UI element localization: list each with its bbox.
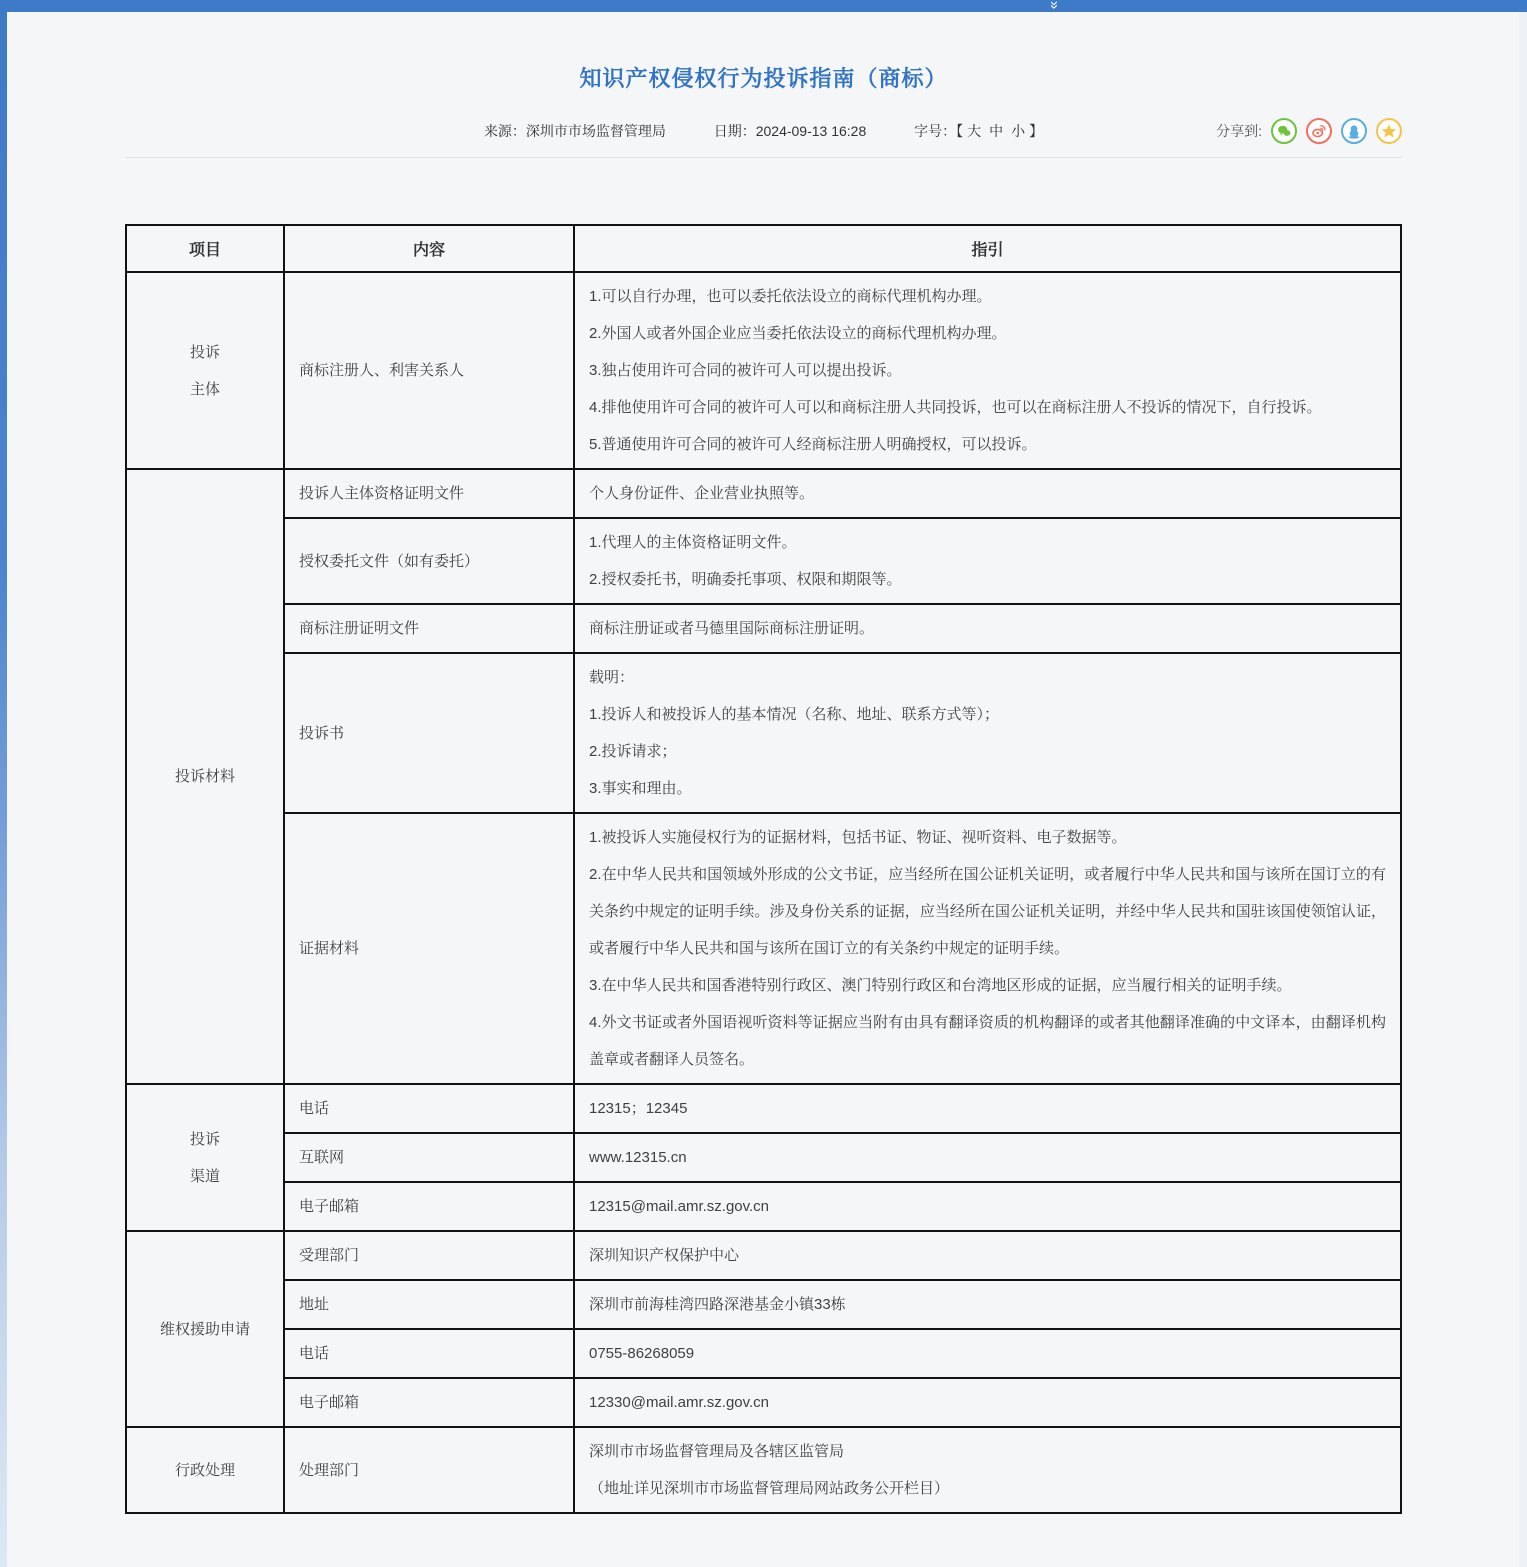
item-label: 维权援助申请 <box>133 1311 277 1348</box>
meta-bar: 来源：深圳市市场监督管理局 日期：2024-09-13 16:28 字号：【大中… <box>125 117 1402 145</box>
guide-cell: 12315；12345 <box>574 1084 1401 1133</box>
content-cell: 商标注册人、利害关系人 <box>284 272 574 469</box>
item-label: 投诉 <box>133 1121 277 1158</box>
guide-cell: 深圳市前海桂湾四路深港基金小镇33栋 <box>574 1280 1401 1329</box>
guide-cell: 深圳市市场监督管理局及各辖区监管局 （地址详见深圳市市场监督管理局网站政务公开栏… <box>574 1427 1401 1513</box>
left-edge-gradient <box>0 12 7 1567</box>
guide-line: 2.授权委托书，明确委托事项、权限和期限等。 <box>589 561 1386 598</box>
page-title: 知识产权侵权行为投诉指南（商标） <box>125 12 1402 93</box>
content-cell: 处理部门 <box>284 1427 574 1513</box>
qq-share-icon[interactable] <box>1341 118 1367 144</box>
guide-cell: 1.代理人的主体资格证明文件。 2.授权委托书，明确委托事项、权限和期限等。 <box>574 518 1401 604</box>
meta-fontsize: 字号：【大中小】 <box>914 123 1043 139</box>
content-cell: 受理部门 <box>284 1231 574 1280</box>
guide-line: 1.可以自行办理，也可以委托依法设立的商标代理机构办理。 <box>589 278 1386 315</box>
item-cell: 投诉材料 <box>126 469 284 1084</box>
qzone-share-icon[interactable] <box>1376 118 1402 144</box>
content-cell: 电话 <box>284 1084 574 1133</box>
item-cell: 维权援助申请 <box>126 1231 284 1427</box>
content-cell: 投诉书 <box>284 653 574 813</box>
complaint-guide-table: 项目 内容 指引 投诉 主体 商标注册人、利害关系人 1.可以自行办理，也可以委… <box>125 224 1402 1514</box>
guide-line: 12315@mail.amr.sz.gov.cn <box>589 1188 1386 1225</box>
item-label: 投诉 <box>133 334 277 371</box>
guide-line: （地址详见深圳市市场监督管理局网站政务公开栏目） <box>589 1470 1386 1507</box>
guide-line: 12315；12345 <box>589 1090 1386 1127</box>
table-row: 电话 0755-86268059 <box>126 1329 1401 1378</box>
item-cell: 投诉 主体 <box>126 272 284 469</box>
item-cell: 投诉 渠道 <box>126 1084 284 1231</box>
guide-line: 1.代理人的主体资格证明文件。 <box>589 524 1386 561</box>
content-cell: 电子邮箱 <box>284 1182 574 1231</box>
bracket-open: 【 <box>956 123 963 139</box>
guide-line: 3.事实和理由。 <box>589 770 1386 807</box>
guide-line: 4.排他使用许可合同的被许可人可以和商标注册人共同投诉，也可以在商标注册人不投诉… <box>589 389 1386 426</box>
guide-line: 3.独占使用许可合同的被许可人可以提出投诉。 <box>589 352 1386 389</box>
guide-line: 4.外文书证或者外国语视听资料等证据应当附有由具有翻译资质的机构翻译的或者其他翻… <box>589 1004 1386 1078</box>
guide-line: 12330@mail.amr.sz.gov.cn <box>589 1384 1386 1421</box>
guide-line: 个人身份证件、企业营业执照等。 <box>589 475 1386 512</box>
guide-line: 载明： <box>589 659 1386 696</box>
guide-line: 深圳市前海桂湾四路深港基金小镇33栋 <box>589 1286 1386 1323</box>
guide-line: 2.在中华人民共和国领域外形成的公文书证，应当经所在国公证机关证明，或者履行中华… <box>589 856 1386 967</box>
table-row: 投诉书 载明： 1.投诉人和被投诉人的基本情况（名称、地址、联系方式等）； 2.… <box>126 653 1401 813</box>
right-edge-strip <box>1519 12 1527 1567</box>
content-cell: 地址 <box>284 1280 574 1329</box>
guide-cell: 载明： 1.投诉人和被投诉人的基本情况（名称、地址、联系方式等）； 2.投诉请求… <box>574 653 1401 813</box>
col-header-content: 内容 <box>284 225 574 272</box>
guide-line: 2.外国人或者外国企业应当委托依法设立的商标代理机构办理。 <box>589 315 1386 352</box>
meta-divider <box>125 157 1402 158</box>
bracket-close: 】 <box>1029 123 1043 139</box>
fontsize-label: 字号： <box>914 123 956 139</box>
guide-cell: 商标注册证或者马德里国际商标注册证明。 <box>574 604 1401 653</box>
date-label: 日期： <box>714 123 756 139</box>
item-label: 渠道 <box>133 1158 277 1195</box>
item-label: 主体 <box>133 371 277 408</box>
content-cell: 商标注册证明文件 <box>284 604 574 653</box>
top-chevron-marker: » <box>1048 1 1060 9</box>
item-cell: 行政处理 <box>126 1427 284 1513</box>
table-row: 商标注册证明文件 商标注册证或者马德里国际商标注册证明。 <box>126 604 1401 653</box>
col-header-guide: 指引 <box>574 225 1401 272</box>
table-row: 互联网 www.12315.cn <box>126 1133 1401 1182</box>
content-cell: 投诉人主体资格证明文件 <box>284 469 574 518</box>
guide-line: 深圳知识产权保护中心 <box>589 1237 1386 1274</box>
guide-line: 深圳市市场监督管理局及各辖区监管局 <box>589 1433 1386 1470</box>
table-row: 行政处理 处理部门 深圳市市场监督管理局及各辖区监管局 （地址详见深圳市市场监督… <box>126 1427 1401 1513</box>
table-row: 电子邮箱 12315@mail.amr.sz.gov.cn <box>126 1182 1401 1231</box>
guide-line: 5.普通使用许可合同的被许可人经商标注册人明确授权，可以投诉。 <box>589 426 1386 463</box>
guide-cell: 12315@mail.amr.sz.gov.cn <box>574 1182 1401 1231</box>
guide-cell: 个人身份证件、企业营业执照等。 <box>574 469 1401 518</box>
share-bar: 分享到: <box>1216 117 1402 145</box>
content-cell: 互联网 <box>284 1133 574 1182</box>
article-content: 知识产权侵权行为投诉指南（商标） 来源：深圳市市场监督管理局 日期：2024-0… <box>125 12 1402 1514</box>
guide-line: 1.投诉人和被投诉人的基本情况（名称、地址、联系方式等）； <box>589 696 1386 733</box>
table-row: 授权委托文件（如有委托） 1.代理人的主体资格证明文件。 2.授权委托书，明确委… <box>126 518 1401 604</box>
content-cell: 授权委托文件（如有委托） <box>284 518 574 604</box>
date-value: 2024-09-13 16:28 <box>756 123 867 139</box>
top-accent-bar: » <box>0 0 1527 12</box>
content-cell: 电子邮箱 <box>284 1378 574 1427</box>
source-label: 来源： <box>484 123 526 139</box>
guide-cell: 深圳知识产权保护中心 <box>574 1231 1401 1280</box>
col-header-item: 项目 <box>126 225 284 272</box>
content-cell: 电话 <box>284 1329 574 1378</box>
guide-cell: 0755-86268059 <box>574 1329 1401 1378</box>
weibo-share-icon[interactable] <box>1306 118 1332 144</box>
guide-line: 1.被投诉人实施侵权行为的证据材料，包括书证、物证、视听资料、电子数据等。 <box>589 819 1386 856</box>
font-size-small-button[interactable]: 小 <box>1011 123 1025 139</box>
guide-line: 2.投诉请求； <box>589 733 1386 770</box>
guide-cell: 1.可以自行办理，也可以委托依法设立的商标代理机构办理。 2.外国人或者外国企业… <box>574 272 1401 469</box>
table-row: 投诉 主体 商标注册人、利害关系人 1.可以自行办理，也可以委托依法设立的商标代… <box>126 272 1401 469</box>
guide-cell: 12330@mail.amr.sz.gov.cn <box>574 1378 1401 1427</box>
table-row: 证据材料 1.被投诉人实施侵权行为的证据材料，包括书证、物证、视听资料、电子数据… <box>126 813 1401 1084</box>
item-label: 行政处理 <box>133 1452 277 1489</box>
table-row: 投诉 渠道 电话 12315；12345 <box>126 1084 1401 1133</box>
wechat-share-icon[interactable] <box>1271 118 1297 144</box>
item-label: 投诉材料 <box>133 758 277 795</box>
table-row: 电子邮箱 12330@mail.amr.sz.gov.cn <box>126 1378 1401 1427</box>
guide-line: 商标注册证或者马德里国际商标注册证明。 <box>589 610 1386 647</box>
guide-cell: 1.被投诉人实施侵权行为的证据材料，包括书证、物证、视听资料、电子数据等。 2.… <box>574 813 1401 1084</box>
content-cell: 证据材料 <box>284 813 574 1084</box>
guide-line: www.12315.cn <box>589 1139 1386 1176</box>
table-row: 投诉材料 投诉人主体资格证明文件 个人身份证件、企业营业执照等。 <box>126 469 1401 518</box>
table-row: 地址 深圳市前海桂湾四路深港基金小镇33栋 <box>126 1280 1401 1329</box>
source-value: 深圳市市场监督管理局 <box>526 123 666 139</box>
guide-line: 3.在中华人民共和国香港特别行政区、澳门特别行政区和台湾地区形成的证据，应当履行… <box>589 967 1386 1004</box>
article-card: 知识产权侵权行为投诉指南（商标） 来源：深圳市市场监督管理局 日期：2024-0… <box>7 12 1519 1567</box>
meta-date: 日期：2024-09-13 16:28 <box>714 123 870 139</box>
header-row: 项目 内容 指引 <box>126 225 1401 272</box>
meta-source: 来源：深圳市市场监督管理局 <box>484 123 670 139</box>
guide-cell: www.12315.cn <box>574 1133 1401 1182</box>
share-label: 分享到: <box>1216 117 1262 145</box>
table-row: 维权援助申请 受理部门 深圳知识产权保护中心 <box>126 1231 1401 1280</box>
font-size-large-button[interactable]: 大 <box>967 123 981 139</box>
guide-line: 0755-86268059 <box>589 1335 1386 1372</box>
font-size-medium-button[interactable]: 中 <box>989 123 1003 139</box>
